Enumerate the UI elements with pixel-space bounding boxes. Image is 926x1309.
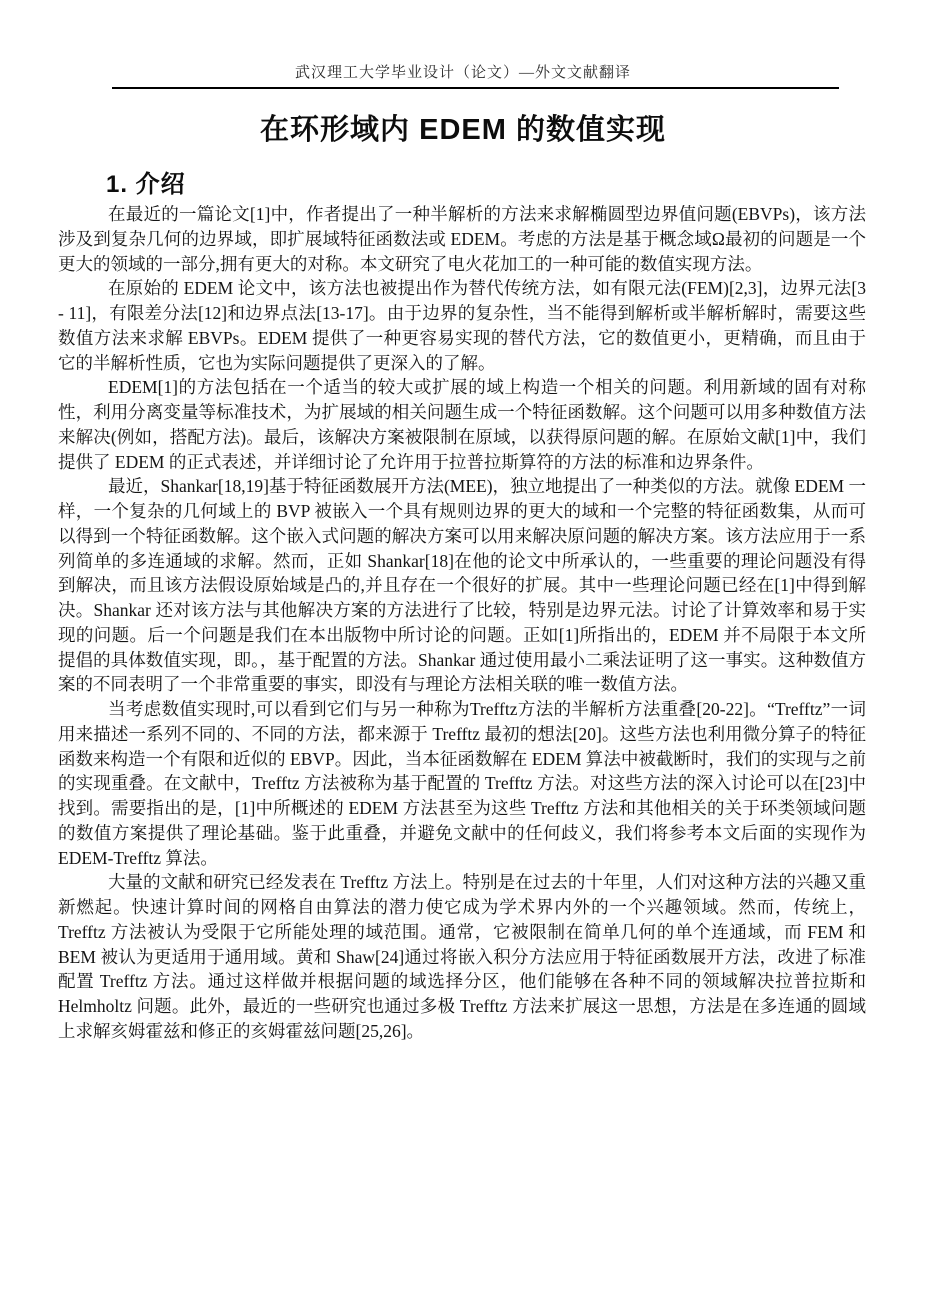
document-title: 在环形域内 EDEM 的数值实现 — [0, 107, 926, 148]
paragraph: 在最近的一篇论文[1]中，作者提出了一种半解析的方法来求解椭圆型边界值问题(EB… — [58, 202, 866, 276]
header-rule — [112, 87, 839, 89]
document-body: 在最近的一篇论文[1]中，作者提出了一种半解析的方法来求解椭圆型边界值问题(EB… — [58, 202, 866, 1044]
paragraph: 大量的文献和研究已经发表在 Trefftz 方法上。特别是在过去的十年里，人们对… — [58, 870, 866, 1043]
paragraph: 在原始的 EDEM 论文中，该方法也被提出作为替代传统方法，如有限元法(FEM)… — [58, 276, 866, 375]
paragraph: EDEM[1]的方法包括在一个适当的较大或扩展的域上构造一个相关的问题。利用新域… — [58, 375, 866, 474]
section-heading-introduction: 1. 介绍 — [106, 164, 186, 199]
document-page: 武汉理工大学毕业设计（论文）—外文文献翻译 在环形域内 EDEM 的数值实现 1… — [0, 0, 926, 1309]
page-header-text: 武汉理工大学毕业设计（论文）—外文文献翻译 — [0, 61, 926, 82]
paragraph: 当考虑数值实现时,可以看到它们与另一种称为Trefftz方法的半解析方法重叠[2… — [58, 697, 866, 870]
paragraph: 最近，Shankar[18,19]基于特征函数展开方法(MEE)，独立地提出了一… — [58, 474, 866, 697]
